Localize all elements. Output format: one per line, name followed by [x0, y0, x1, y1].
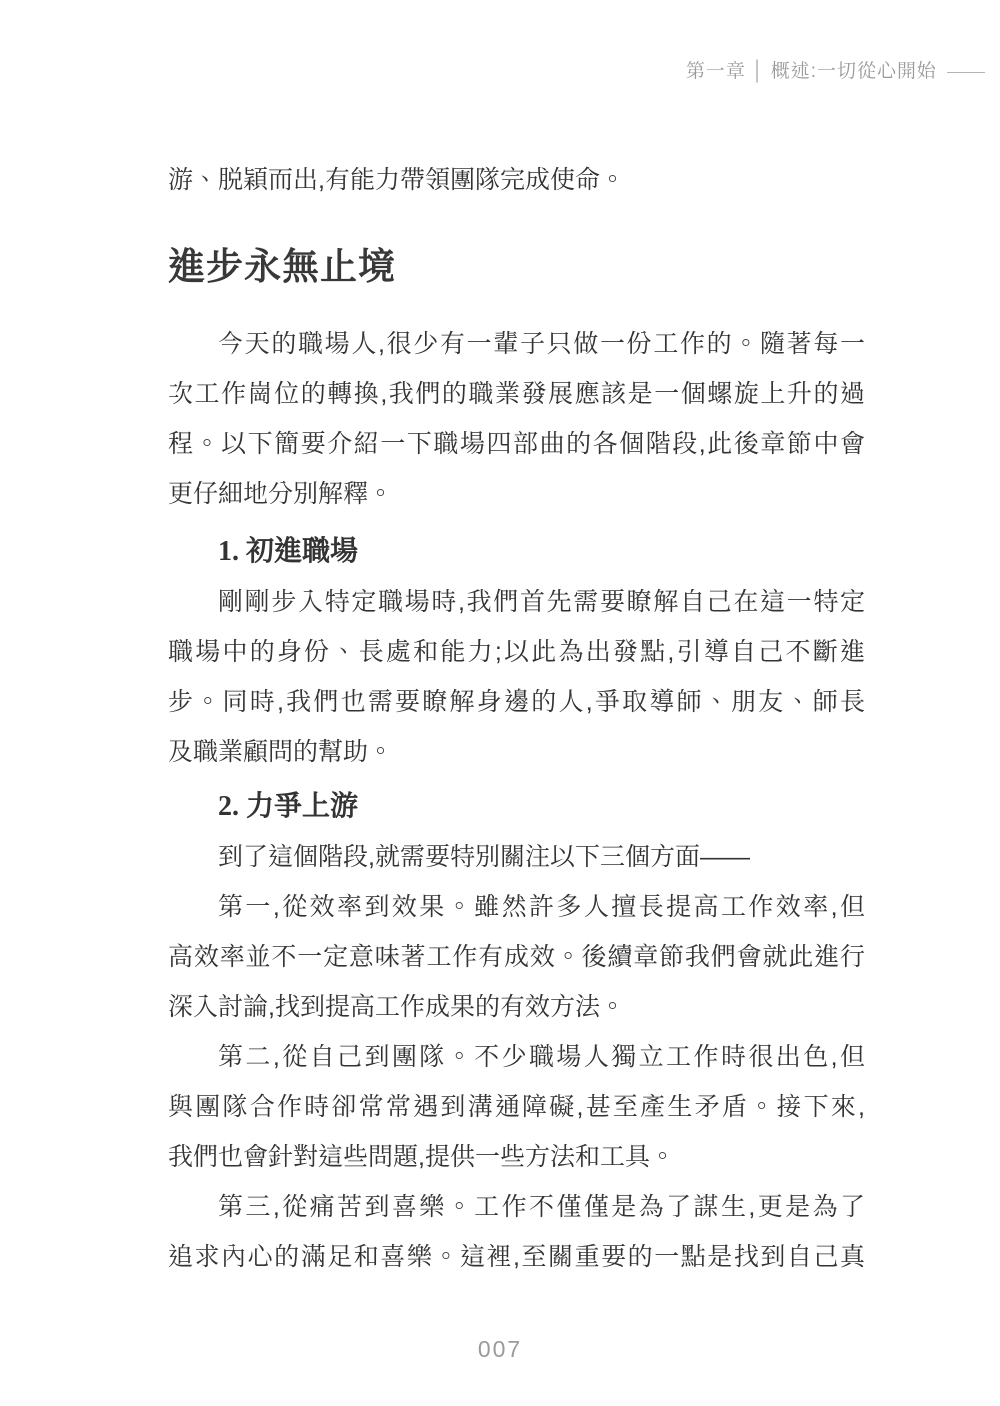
body-line: 第二,從自己到團隊。不少職場人獨立工作時很出色,但: [168, 1032, 865, 1082]
body-line: 今天的職場人,很少有一輩子只做一份工作的。隨著每一: [168, 319, 865, 369]
text-column: 游、脱穎而出,有能力帶領團隊完成使命。 進步永無止境 今天的職場人,很少有一輩子…: [168, 155, 865, 1282]
body-line: 深入討論,找到提高工作成果的有效方法。: [168, 982, 865, 1032]
body-line: 到了這個階段,就需要特別關注以下三個方面——: [168, 832, 865, 882]
page-number: 007: [0, 1332, 1000, 1366]
body-line: 及職業顧問的幫助。: [168, 727, 865, 777]
body-line: 更仔細地分別解釋。: [168, 469, 865, 519]
body-line: 第三,從痛苦到喜樂。工作不僅僅是為了謀生,更是為了: [168, 1182, 865, 1232]
body-line: 次工作崗位的轉換,我們的職業發展應該是一個螺旋上升的過: [168, 369, 865, 419]
running-header: 第一章 │ 概述:一切從心開始: [686, 58, 985, 86]
chapter-title: 概述:一切從心開始: [771, 58, 937, 86]
body-line: 第一,從效率到效果。雖然許多人擅長提高工作效率,但: [168, 882, 865, 932]
body-line: 游、脱穎而出,有能力帶領團隊完成使命。: [168, 155, 865, 205]
chapter-label: 第一章: [686, 58, 746, 86]
body-line: 與團隊合作時卻常常遇到溝通障礙,甚至產生矛盾。接下來,: [168, 1082, 865, 1132]
subsection-title-1: 1. 初進職場: [168, 527, 865, 577]
body-line: 剛剛步入特定職場時,我們首先需要瞭解自己在這一特定: [168, 577, 865, 627]
book-page: 第一章 │ 概述:一切從心開始 游、脱穎而出,有能力帶領團隊完成使命。 進步永無…: [0, 0, 1000, 1406]
body-line: 我們也會針對這些問題,提供一些方法和工具。: [168, 1132, 865, 1182]
header-divider: │: [752, 58, 765, 86]
body-line: 程。以下簡要介紹一下職場四部曲的各個階段,此後章節中會: [168, 419, 865, 469]
body-line: 步。同時,我們也需要瞭解身邊的人,爭取導師、朋友、師長: [168, 677, 865, 727]
subsection-title-2: 2. 力爭上游: [168, 782, 865, 832]
section-heading: 進步永無止境: [168, 246, 865, 290]
body-line: 追求內心的滿足和喜樂。這裡,至關重要的一點是找到自己真: [168, 1232, 865, 1282]
header-rule: [947, 72, 985, 73]
body-line: 高效率並不一定意味著工作有成效。後續章節我們會就此進行: [168, 932, 865, 982]
body-line: 職場中的身份、長處和能力;以此為出發點,引導自己不斷進: [168, 627, 865, 677]
